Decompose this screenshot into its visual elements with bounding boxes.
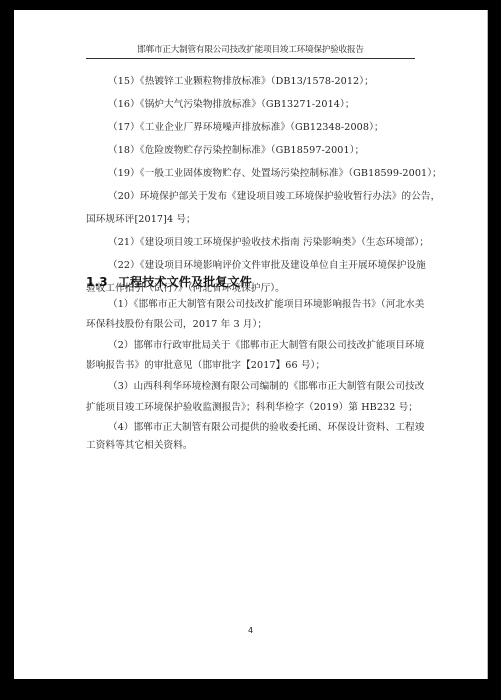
reference-item-20-continued: 国环规环评[2017]4 号；: [86, 214, 196, 226]
running-header: 邯郸市正大制管有限公司技改扩能项目竣工环境保护验收报告: [86, 43, 415, 55]
header-rule: [86, 58, 415, 59]
section-number: 1.3: [86, 275, 108, 289]
section-title: 工程技术文件及批复文件: [118, 275, 252, 289]
reference-item-18: （18）《危险废物贮存污染控制标准》（GB18597-2001）；: [108, 145, 364, 157]
document-page: 邯郸市正大制管有限公司技改扩能项目竣工环境保护验收报告 （15）《热镀锌工业颗粒…: [14, 10, 488, 679]
page-number: 4: [14, 626, 487, 635]
tech-doc-item-2: （2）邯郸市行政审批局关于《邯郸市正大制管有限公司技改扩能项目环境: [108, 340, 424, 352]
reference-item-17: （17）《工业企业厂界环境噪声排放标准》（GB12348-2008）；: [108, 122, 384, 134]
reference-item-16: （16）《锅炉大气污染物排放标准》（GB13271-2014）；: [108, 99, 355, 111]
tech-doc-item-4-continued: 工资料等其它相关资料。: [86, 440, 193, 452]
tech-doc-item-1: （1）《邯郸市正大制管有限公司技改扩能项目环境影响报告书》（河北水美: [108, 299, 425, 311]
tech-doc-item-2-continued: 影响报告书》的审批意见（邯审批字【2017】66 号）；: [86, 360, 325, 372]
reference-item-19: （19）《一般工业固体废物贮存、处置场污染控制标准》（GB18599-2001）…: [108, 168, 442, 180]
tech-doc-item-4: （4）邯郸市正大制管有限公司提供的验收委托函、环保设计资料、工程竣: [108, 422, 424, 434]
tech-doc-item-3-continued: 扩能项目竣工环境保护验收监测报告》；科利华检字（2019）第 HB232 号；: [86, 402, 418, 414]
reference-item-20: （20）环境保护部关于发布《建设项目竣工环境保护验收暂行办法》的公告，: [108, 191, 440, 203]
reference-item-22: （22）《建设项目环境影响评价文件审批及建设单位自主开展环境保护设施: [108, 260, 426, 272]
section-heading: 1.3 工程技术文件及批复文件: [86, 275, 252, 289]
tech-doc-item-3: （3）山西科利华环境检测有限公司编制的《邯郸市正大制管有限公司技改: [108, 381, 424, 393]
tech-doc-item-1-continued: 环保科技股份有限公司，2017 年 3 月）；: [86, 319, 267, 331]
reference-item-15: （15）《热镀锌工业颗粒物排放标准》（DB13/1578-2012）；: [108, 76, 374, 88]
reference-item-21: （21）《建设项目竣工环境保护验收技术指南 污染影响类》（生态环境部）；: [108, 237, 429, 249]
